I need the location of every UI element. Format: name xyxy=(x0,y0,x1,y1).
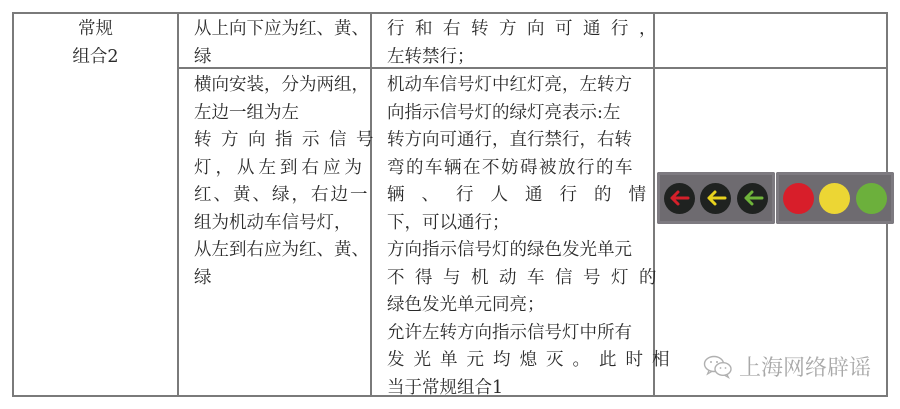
description-line: 转方向可通行，直行禁行，右转 xyxy=(387,127,655,155)
installation-line: 红、黄、绿，右边一 xyxy=(194,182,370,210)
description-line: 发光单元均熄灭。此时相 xyxy=(387,347,655,375)
installation-cell-horizontal: 横向安装，分为两组， 左边一组为左 转方向指示信号 灯，从左到右应为 红、黄、绿… xyxy=(188,70,370,292)
combination-name-line: 常规 xyxy=(14,16,177,44)
installation-line: 组为机动车信号灯， xyxy=(194,210,370,238)
left-arrow-signal-illustration xyxy=(657,172,775,224)
combination-name-line: 组合2 xyxy=(14,44,177,72)
watermark: 上海网络辟谣 xyxy=(703,351,871,382)
installation-line: 从上向下应为红、黄、 xyxy=(194,16,370,44)
description-line: 行和右转方向可通行， xyxy=(387,16,655,44)
yellow-circle-light-icon xyxy=(819,183,850,214)
description-line: 弯的车辆在不妨碍被放行的车 xyxy=(387,155,655,183)
column-divider xyxy=(177,14,179,395)
red-left-arrow-icon xyxy=(664,183,695,214)
installation-cell-vertical: 从上向下应为红、黄、 绿 xyxy=(188,14,370,71)
column-divider xyxy=(370,14,372,395)
description-line: 当于常规组合1 xyxy=(387,375,655,403)
description-line: 绿色发光单元同亮； xyxy=(387,292,655,320)
yellow-left-arrow-icon xyxy=(700,183,731,214)
green-left-arrow-icon xyxy=(737,183,768,214)
installation-line: 从左到右应为红、黄、 xyxy=(194,237,370,265)
installation-line: 左边一组为左 xyxy=(194,100,370,128)
installation-line: 横向安装，分为两组， xyxy=(194,72,370,100)
signal-combination-table: 常规 组合2 从上向下应为红、黄、 绿 横向安装，分为两组， 左边一组为左 转方… xyxy=(12,12,888,397)
description-line: 允许左转方向指示信号灯中所有 xyxy=(387,320,655,348)
watermark-text: 上海网络辟谣 xyxy=(739,351,871,382)
description-line: 下，可以通行； xyxy=(387,210,655,238)
description-line: 向指示信号灯的绿灯亮表示:左 xyxy=(387,100,655,128)
description-line: 辆、行人通行的情况 xyxy=(387,182,655,210)
installation-line: 灯，从左到右应为 xyxy=(194,155,370,183)
description-line: 左转禁行； xyxy=(387,44,655,72)
red-circle-light-icon xyxy=(783,183,814,214)
installation-line: 转方向指示信号 xyxy=(194,127,366,155)
green-circle-light-icon xyxy=(856,183,887,214)
circular-signal-illustration xyxy=(776,172,894,224)
description-line: 方向指示信号灯的绿色发光单元 xyxy=(387,237,655,265)
wechat-icon xyxy=(703,355,733,379)
combination-name-cell: 常规 组合2 xyxy=(14,14,177,71)
installation-line: 绿 xyxy=(194,44,370,72)
description-cell-horizontal: 机动车信号灯中红灯亮，左转方 向指示信号灯的绿灯亮表示:左 转方向可通行，直行禁… xyxy=(381,70,655,402)
installation-line-text: 转方向指示信号 xyxy=(194,127,383,155)
installation-line: 绿 xyxy=(194,265,370,293)
description-cell-vertical: 行和右转方向可通行， 左转禁行； xyxy=(381,14,655,71)
description-line: 不得与机动车信号灯的 xyxy=(387,265,655,293)
description-line: 机动车信号灯中红灯亮，左转方 xyxy=(387,72,655,100)
